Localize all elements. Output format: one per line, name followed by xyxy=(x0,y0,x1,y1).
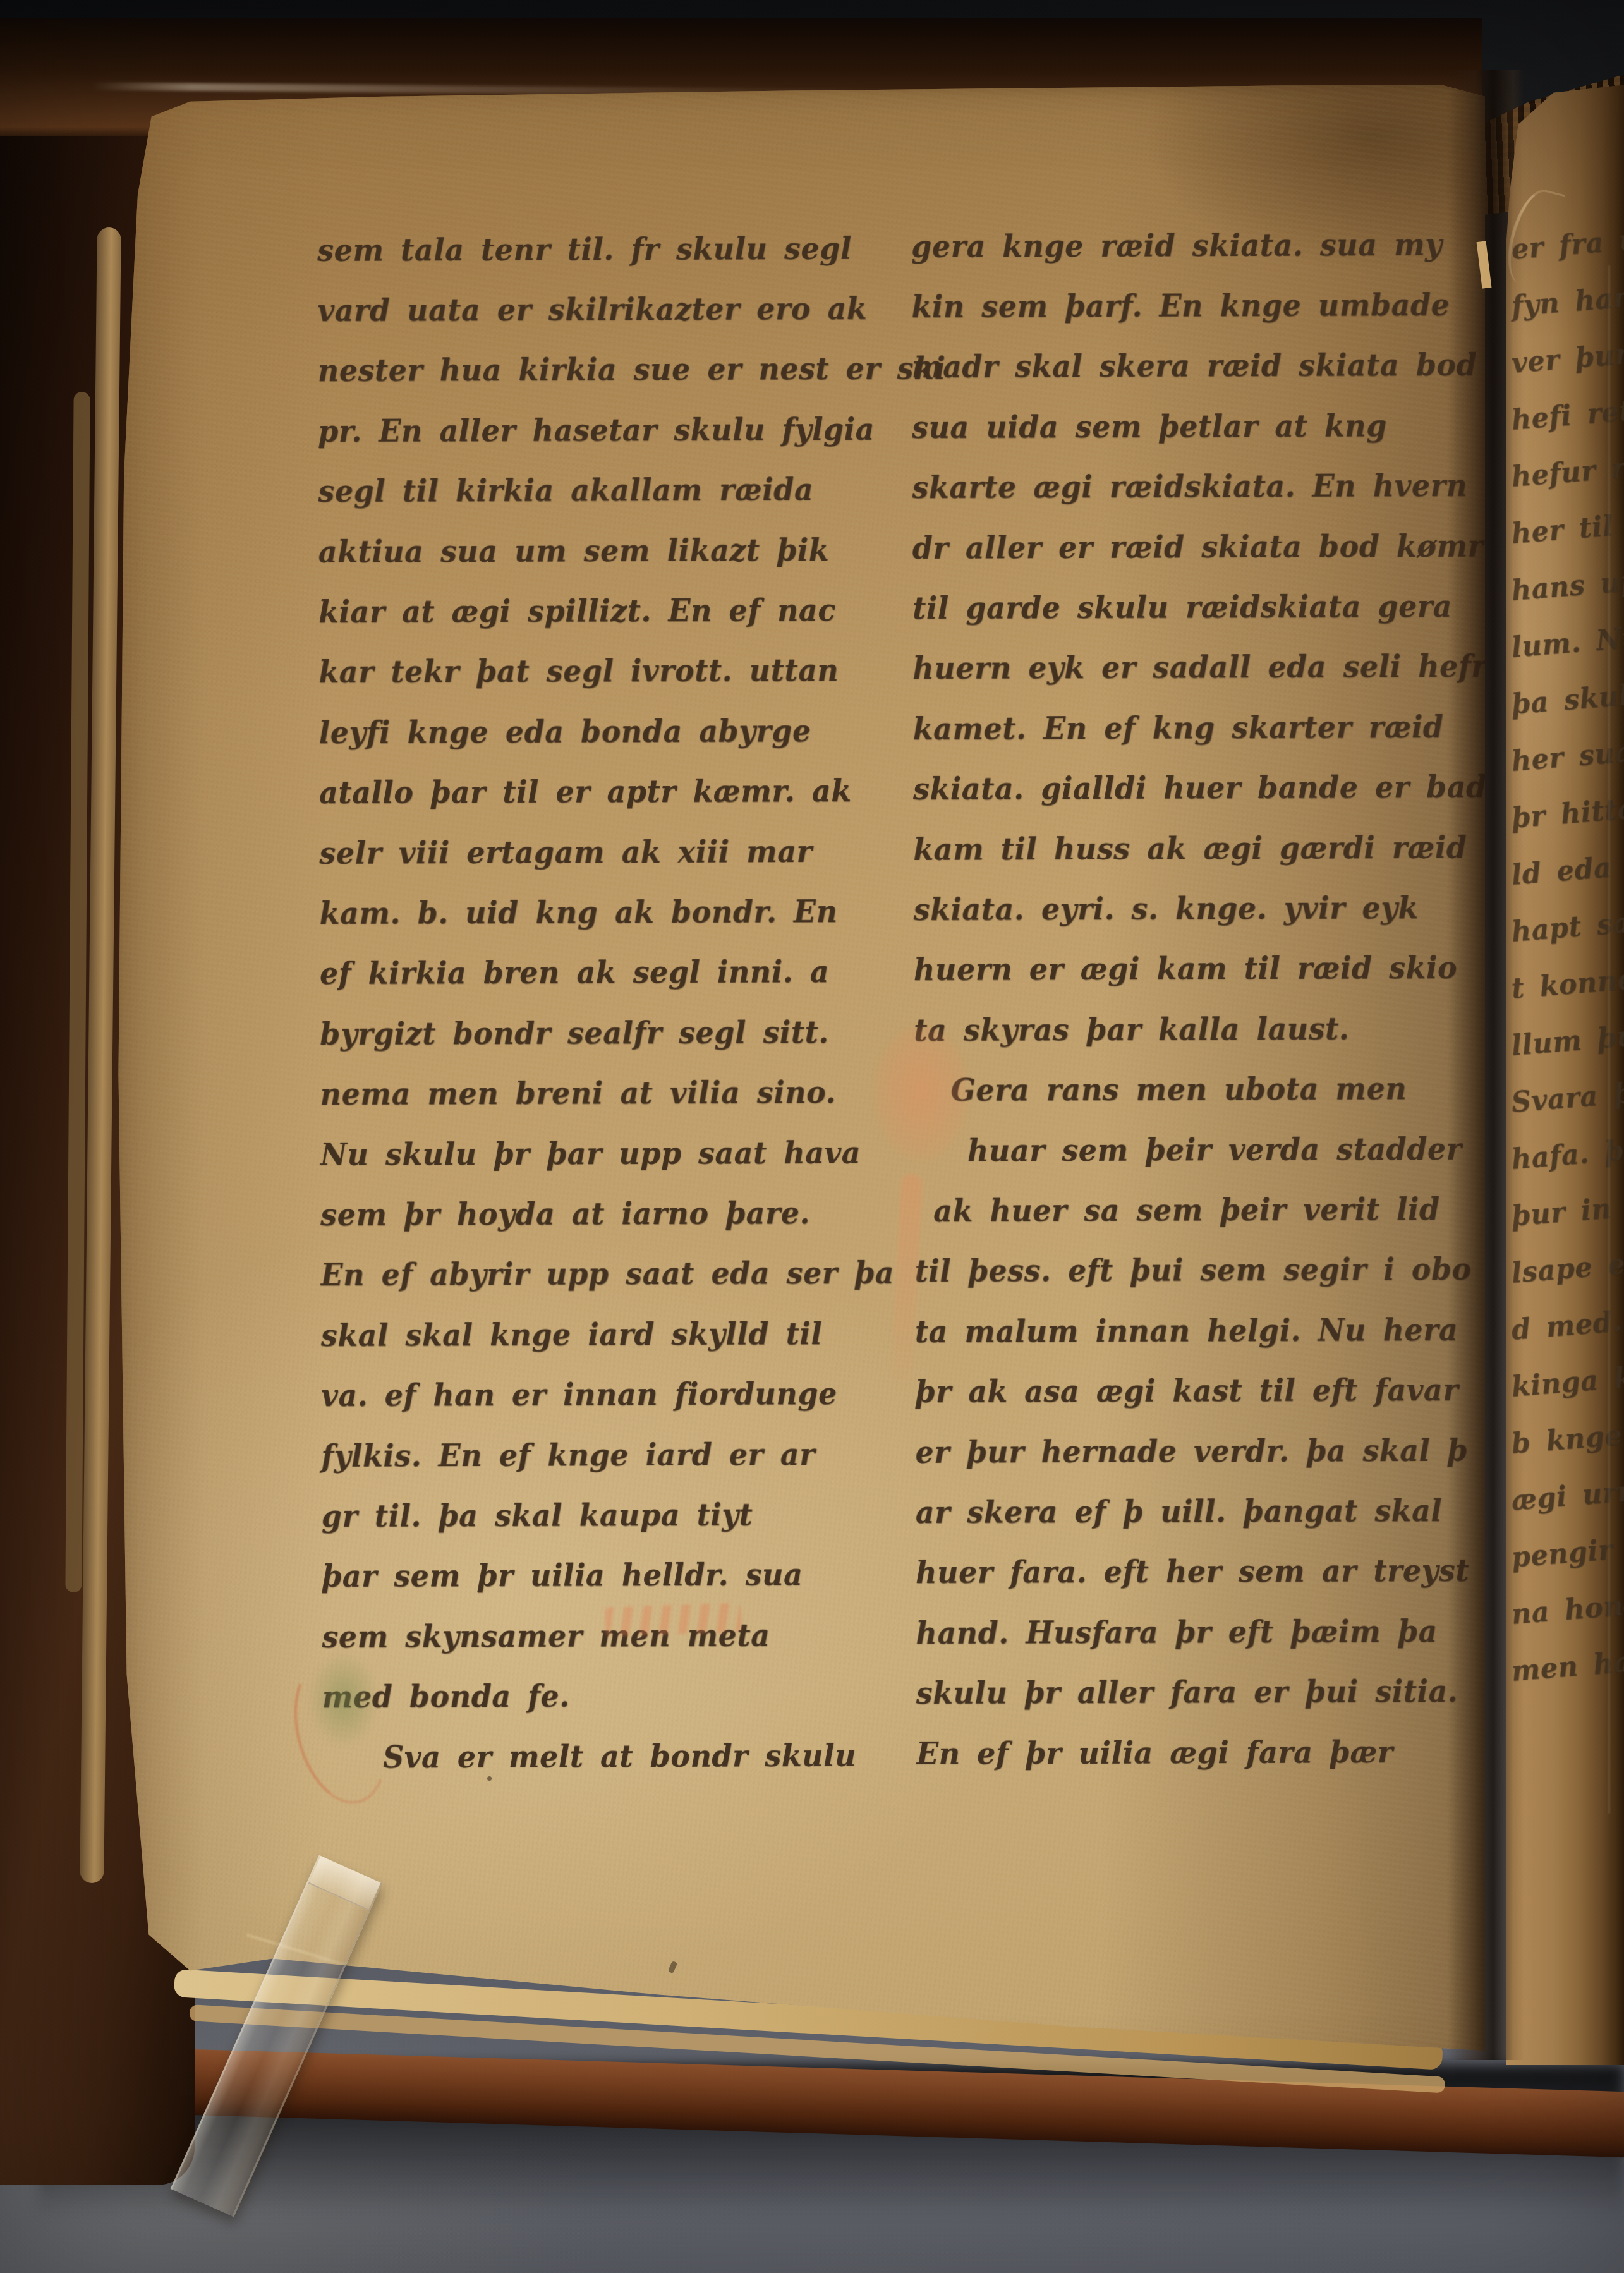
manuscript-text-line: til garde skulu ræidskiata gera xyxy=(912,577,1494,639)
manuscript-text-line: med bonda fe. xyxy=(322,1666,878,1728)
manuscript-text-line: segl til kirkia akallam ræida xyxy=(318,460,874,523)
manuscript-text-line: skiata. gialldi huer bande er bad xyxy=(913,758,1494,820)
photograph-medieval-manuscript: { "colors": { "felt_background": "#5e616… xyxy=(0,0,1624,2273)
manuscript-text-line: sem þr hoyda at iarno þare. xyxy=(320,1184,876,1246)
manuscript-text-line: Nu skulu þr þar upp saat hava xyxy=(320,1124,876,1186)
manuscript-text-line: ar skera ef þ uill. þangat skal xyxy=(916,1481,1497,1544)
manuscript-text-line: huern er ægi kam til ræid skio xyxy=(914,938,1495,1001)
manuscript-text-line: þar sem þr uilia helldr. sua xyxy=(322,1546,878,1608)
manuscript-text-line: kam til huss ak ægi gærdi ræid xyxy=(913,818,1494,881)
manuscript-text-line: pr. En aller hasetar skulu fylgia xyxy=(318,400,874,463)
manuscript-text-line: ef kirkia bren ak segl inni. a xyxy=(320,943,876,1005)
right-page-text-block: er fra upp nefyn hanne. Nuver þur semarh… xyxy=(1512,222,1624,1701)
manuscript-text-line: skiata. eyri. s. knge. yvir eyk xyxy=(913,878,1494,941)
manuscript-text-line: skal skal knge iard skylld til xyxy=(321,1304,877,1367)
manuscript-text-line: ta skyras þar kalla laust. xyxy=(914,999,1495,1062)
manuscript-text-line: skarte ægi ræidskiata. En hvern xyxy=(912,456,1493,519)
manuscript-text-line: sem tala tenr til. fr skulu segl xyxy=(317,219,873,282)
ink-speck xyxy=(487,1776,492,1781)
manuscript-text-line: aktiua sua um sem likazt þik xyxy=(318,521,875,583)
right-page-leaf-edge-line xyxy=(1608,265,1610,1814)
manuscript-text-line: nema men breni at vilia sino. xyxy=(320,1063,876,1125)
manuscript-text-line: sua uida sem þetlar at kng xyxy=(912,396,1493,459)
faded-red-initial-ghost xyxy=(871,1026,972,1190)
manuscript-text-line: kin sem þarf. En knge umbade xyxy=(911,276,1493,338)
manuscript-text-line: Gera rans men ubota men xyxy=(914,1059,1495,1122)
manuscript-text-line: ak huer sa sem þeir verit lid xyxy=(914,1180,1496,1242)
manuscript-text-line: gera knge ræid skiata. sua my xyxy=(911,215,1493,278)
text-column-right: gera knge ræid skiata. sua mykin sem þar… xyxy=(911,215,1498,1785)
manuscript-text-line: huern eyk er sadall eda seli hefr a xyxy=(912,637,1494,700)
text-column-left: sem tala tenr til. fr skulu seglvard uat… xyxy=(317,219,878,1789)
manuscript-left-page: sem tala tenr til. fr skulu seglvard uat… xyxy=(107,75,1485,2075)
manuscript-text-line: kam. b. uid kng ak bondr. En xyxy=(319,882,875,945)
manuscript-text-line: sem skynsamer men meta xyxy=(322,1606,878,1668)
manuscript-text-line: Sva er melt at bondr skulu xyxy=(322,1726,878,1789)
manuscript-text-line: atallo þar til er aptr kæmr. ak xyxy=(319,761,875,824)
manuscript-text-line: kamet. En ef kng skarter ræid xyxy=(913,698,1494,760)
manuscript-text-line: nester hua kirkia sue er nest er ski xyxy=(318,340,874,403)
manuscript-text-line: huer fara. eft her sem ar treyst xyxy=(916,1541,1497,1604)
manuscript-text-line: men hand xyxy=(1509,1632,1624,1702)
gutter-shadow xyxy=(1447,70,1524,2060)
manuscript-text-line: þr ak asa ægi kast til eft favar xyxy=(915,1361,1496,1423)
manuscript-text-line: hand. Husfara þr eft þæim þa xyxy=(916,1602,1497,1664)
manuscript-text-line: byrgizt bondr sealfr segl sitt. xyxy=(320,1003,876,1065)
manuscript-text-line: ta malum innan helgi. Nu hera xyxy=(915,1300,1496,1363)
manuscript-text-line: huar sem þeir verda stadder xyxy=(914,1120,1496,1182)
manuscript-text-line: leyfi knge eda bonda abyrge xyxy=(319,701,875,764)
manuscript-text-line: En ef abyrir upp saat eda ser þa xyxy=(320,1244,876,1307)
manuscript-text-line: kar tekr þat segl ivrott. uttan xyxy=(318,641,875,704)
manuscript-text-line: kiar at ægi spillizt. En ef nac xyxy=(318,581,875,643)
manuscript-text-line: skulu þr aller fara er þui sitia. xyxy=(916,1662,1498,1724)
manuscript-text-line: va. ef han er innan fiordunge xyxy=(321,1364,877,1427)
manuscript-text-line: En ef þr uilia ægi fara þær xyxy=(916,1723,1498,1785)
manuscript-text-line: fylkis. En ef knge iard er ar xyxy=(321,1425,877,1488)
manuscript-text-line: vard uata er skilrikazter ero ak xyxy=(317,279,873,342)
manuscript-text-line: til þess. eft þui sem segir i obo xyxy=(914,1240,1496,1302)
manuscript-text-line: madr skal skera ræid skiata bod xyxy=(912,336,1493,398)
manuscript-text-line: dr aller er ræid skiata bod kømr xyxy=(912,517,1494,579)
manuscript-text-line: selr viii ertagam ak xiii mar xyxy=(319,822,875,885)
manuscript-text-line: gr til. þa skal kaupa tiyt xyxy=(322,1485,878,1548)
manuscript-text-line: er þur hernade verdr. þa skal þ xyxy=(915,1421,1496,1484)
faded-red-rubric-remnant xyxy=(605,1603,741,1636)
